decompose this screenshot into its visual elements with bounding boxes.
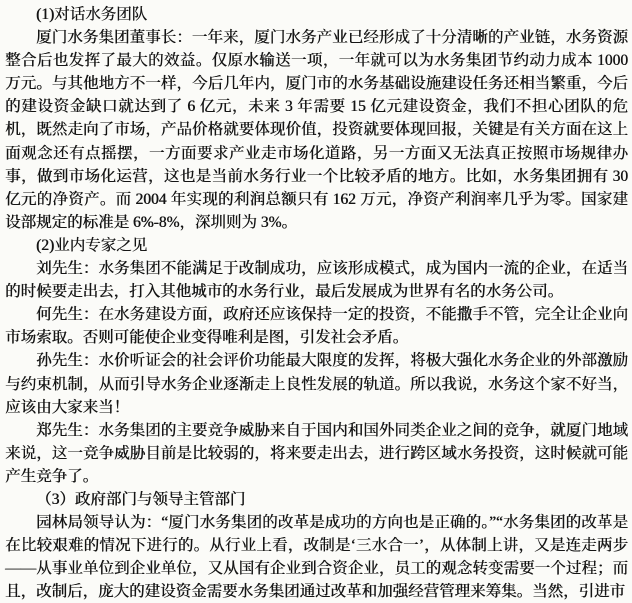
section-government-departments: （3）政府部门与领导主管部门 园林局领导认为：“厦门水务集团的改革是成功的方向也… [5,488,628,603]
section-1-heading: (1)对话水务团队 [5,3,628,26]
section-2-paragraph-mr-he: 何先生：在水务建设方面，政府还应该保持一定的投资，不能撒手不管，完全让企业向市场… [5,303,628,349]
section-2-paragraph-mr-sun: 孙先生：水价听证会的社会评价功能最大限度的发挥，将极大强化水务企业的外部激励与约… [5,349,628,418]
section-3-paragraph-garden-bureau: 园林局领导认为：“厦门水务集团的改革是成功的方向也是正确的。”“水务集团的改革是… [5,511,628,603]
section-industry-experts: (2)业内专家之见 刘先生：水务集团不能满足于改制成功，应该形成模式，成为国内一… [5,234,628,488]
section-1-paragraph-chairman-statement: 厦门水务集团董事长：一年来，厦门水务产业已经形成了十分清晰的产业链，水务资源整合… [5,26,628,234]
section-3-heading: （3）政府部门与领导主管部门 [5,488,628,511]
section-dialogue-water-team: (1)对话水务团队 厦门水务集团董事长：一年来，厦门水务产业已经形成了十分清晰的… [5,3,628,234]
section-2-paragraph-mr-liu: 刘先生：水务集团不能满足于改制成功，应该形成模式，成为国内一流的企业，在适当的时… [5,257,628,303]
section-2-paragraph-mr-zheng: 郑先生：水务集团的主要竞争威胁来自于国内和国外同类企业之间的竞争，就厦门地域来说… [5,419,628,488]
scanned-document-page: (1)对话水务团队 厦门水务集团董事长：一年来，厦门水务产业已经形成了十分清晰的… [0,0,632,603]
section-2-heading: (2)业内专家之见 [5,234,628,257]
